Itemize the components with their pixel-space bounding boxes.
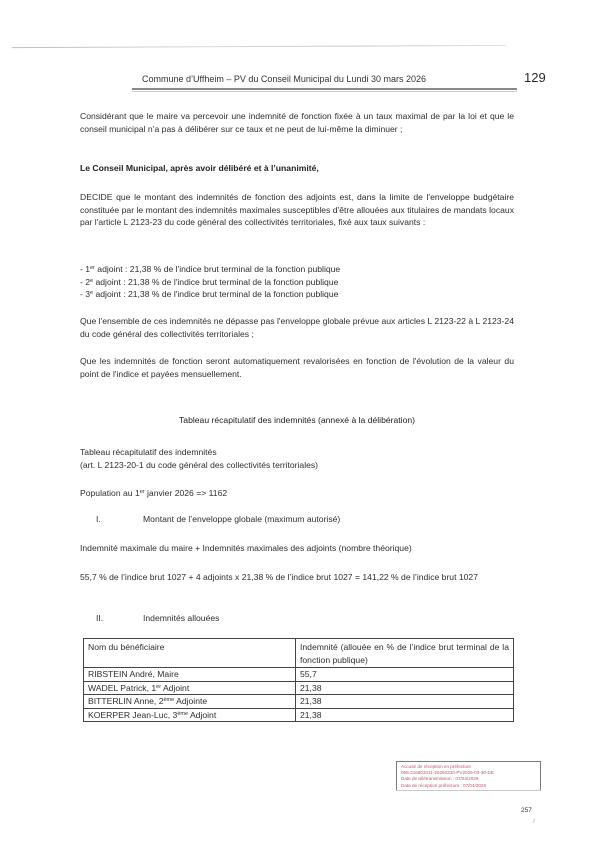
beneficiary-name: KOERPER Jean-Luc, 3ème Adjoint: [84, 708, 296, 722]
section-1-numeral: I.: [96, 514, 101, 524]
table-row: WADEL Patrick, 1er Adjoint 21,38: [84, 681, 514, 695]
council-statement: Le Conseil Municipal, après avoir délibé…: [80, 162, 514, 175]
table-header-row: Nom du bénéficiaire Indemnité (allouée e…: [84, 639, 514, 668]
table-header-name: Nom du bénéficiaire: [84, 639, 296, 668]
enveloppe-paragraph: Que l'ensemble de ces indemnités ne dépa…: [80, 315, 514, 340]
section-1-formula: 55,7 % de l’indice brut 1027 + 4 adjoint…: [80, 571, 514, 584]
rates-list: - 1er adjoint : 21,38 % de l'indice brut…: [80, 263, 514, 301]
population-line: Population au 1er janvier 2026 => 1162: [80, 487, 514, 500]
header-rule-secondary: [132, 91, 517, 92]
prefecture-receipt-stamp: Accusé de réception en préfecture 068-21…: [396, 761, 541, 791]
stamp-shadow: [396, 790, 541, 791]
considerant-paragraph: Considérant que le maire va percevoir un…: [80, 110, 514, 135]
decide-paragraph: DECIDE que le montant des indemnités de …: [80, 191, 514, 229]
annex-title: Tableau récapitulatif des indemnités (an…: [80, 414, 514, 427]
stamp-line: Accusé de réception en préfecture: [397, 762, 540, 770]
header-rule: [132, 88, 517, 90]
beneficiary-name: WADEL Patrick, 1er Adjoint: [84, 681, 296, 695]
section-2-heading: II. Indemnités allouées: [96, 613, 496, 625]
section-2-title: Indemnités allouées: [143, 613, 219, 623]
beneficiary-name: RIBSTEIN André, Maire: [84, 668, 296, 682]
stamp-line: Date de réception préfecture : 07/04/202…: [397, 783, 540, 789]
handwritten-mark: /: [532, 819, 535, 825]
annex-subtitle: Tableau récapitulatif des indemnités (ar…: [80, 446, 514, 471]
folio-number: 257: [521, 807, 532, 814]
header-title: Commune d’Uffheim – PV du Conseil Munici…: [142, 74, 426, 84]
section-1-title: Montant de l’enveloppe globale (maximum …: [143, 514, 340, 524]
allocations-table: Nom du bénéficiaire Indemnité (allouée e…: [83, 638, 514, 722]
indemnity-value: 21,38: [296, 695, 514, 709]
indemnity-value: 21,38: [296, 681, 514, 695]
section-2-numeral: II.: [96, 613, 103, 623]
annex-subtitle-line2: (art. L 2123-20-1 du code général des co…: [80, 459, 514, 472]
table-row: BITTERLIN Anne, 2ème Adjointe 21,38: [84, 695, 514, 709]
rate-item: - 3e adjoint : 21,38 % de l'indice brut …: [80, 288, 514, 301]
table-row: KOERPER Jean-Luc, 3ème Adjoint 21,38: [84, 708, 514, 722]
page-number: 129: [524, 70, 546, 85]
section-1-heading: I. Montant de l’enveloppe globale (maxim…: [96, 514, 496, 526]
indemnity-value: 21,38: [296, 708, 514, 722]
annex-subtitle-line1: Tableau récapitulatif des indemnités: [80, 446, 514, 459]
beneficiary-name: BITTERLIN Anne, 2ème Adjointe: [84, 695, 296, 709]
revalorisation-paragraph: Que les indemnités de fonction seront au…: [80, 355, 514, 380]
rate-item: - 1er adjoint : 21,38 % de l'indice brut…: [80, 263, 514, 276]
table-row: RIBSTEIN André, Maire 55,7: [84, 668, 514, 682]
rate-item: - 2e adjoint : 21,38 % de l'indice brut …: [80, 276, 514, 289]
indemnity-value: 55,7: [296, 668, 514, 682]
table-header-indemnity: Indemnité (allouée en % de l’indice brut…: [296, 639, 514, 668]
scan-artifact-line: [12, 45, 506, 48]
section-1-text: Indemnité maximale du maire + Indemnités…: [80, 542, 514, 555]
